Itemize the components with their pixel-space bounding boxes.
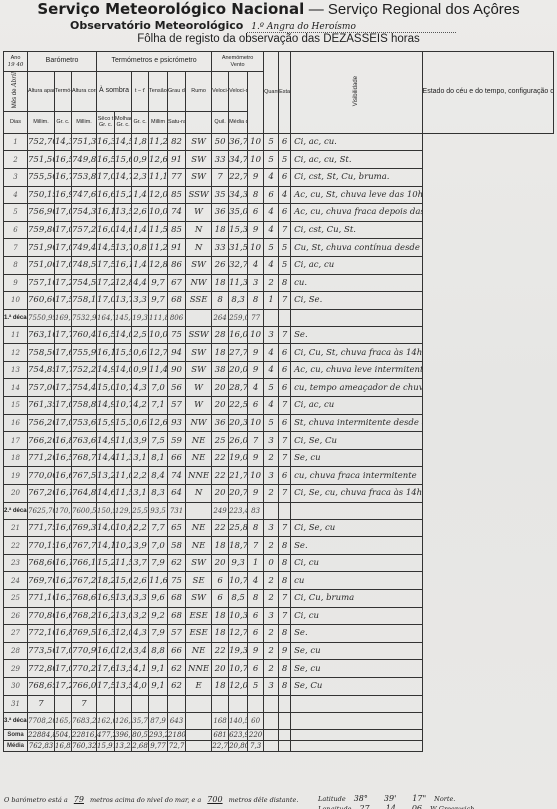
day-row: 3755,5016,7753,8317,014,72,311,177SW722,…	[4, 168, 554, 186]
blank	[291, 730, 422, 741]
unit-millim: Millim.	[72, 111, 97, 133]
cell-t1: 16,5	[97, 326, 115, 344]
cell-ten: 10,0	[149, 204, 168, 222]
cell-rumo: W	[186, 379, 212, 397]
cell-b3: 767,52	[72, 467, 97, 485]
wind-speed-header: Veloci-dade horária	[212, 72, 229, 112]
cell-v1: 6	[212, 590, 229, 608]
cell-b2: 16,7	[55, 168, 72, 186]
cell-vis: 8	[279, 274, 291, 292]
cell-vis: 7	[279, 590, 291, 608]
summary-row: 1.ª década7550,95169,27532,93164,7145,41…	[4, 309, 554, 326]
cell-vis: 5	[279, 256, 291, 274]
sky-description	[291, 695, 422, 713]
cell-d: 2,6	[132, 204, 149, 222]
cell-mar: 4	[264, 397, 279, 415]
cell-t2: 11,3	[115, 449, 132, 467]
cell-t1: 14,5	[97, 239, 115, 257]
sum-t1: 164,7	[97, 309, 115, 326]
cell-b3: 754,45	[72, 379, 97, 397]
blank	[186, 111, 212, 133]
cell-b1: 770,00	[28, 467, 55, 485]
day-row: 19770,0016,6767,5213,211,02,28,474NNE222…	[4, 467, 554, 485]
cell-mar: 4	[264, 256, 279, 274]
sky-description: Ci, Cu, bruma	[291, 590, 422, 608]
sky-description: Ci, cst, St, Cu, bruma.	[291, 168, 422, 186]
cell-b2: 16,1	[55, 554, 72, 572]
cell-rumo: SW	[186, 590, 212, 608]
sum-t2: 145,4	[115, 309, 132, 326]
cell-b2: 17,0	[55, 642, 72, 660]
cell-b2: 17,5	[55, 292, 72, 310]
sky-description: Ac, cu, chuva leve intermitente	[291, 361, 422, 379]
cell-b2: 17,0	[55, 221, 72, 239]
cell-d: 4,1	[132, 660, 149, 678]
cell-t2: 11,5	[115, 554, 132, 572]
cell-t1: 15,0	[97, 379, 115, 397]
cell-t2: 13,5	[115, 204, 132, 222]
day-number: 18	[4, 449, 28, 467]
cell-vis: 8	[279, 554, 291, 572]
cell-vis: 8	[279, 677, 291, 695]
day-row: 21771,7516,0769,3214,010,82,27,765NE2225…	[4, 519, 554, 537]
cell-b1: 768,65	[28, 677, 55, 695]
cloud-amount-header: Quanti-dade de nuvens 0 a 10	[264, 52, 279, 134]
cell-b2: 16,3	[55, 590, 72, 608]
cell-b2: 17,7	[55, 326, 72, 344]
cell-v1: 20	[212, 554, 229, 572]
cell-v2: 11,3	[229, 274, 248, 292]
cell-mar: 0	[264, 554, 279, 572]
cell-b2: 16,0	[55, 537, 72, 555]
cell-rumo: NE	[186, 642, 212, 660]
sum-b3: 7532,93	[72, 309, 97, 326]
cell-rumo: NNE	[186, 660, 212, 678]
cell-b3: 758,10	[72, 292, 97, 310]
cell-n: 8	[248, 186, 264, 204]
summary-label: 3.ª década	[4, 713, 28, 730]
cell-b3: 766,08	[72, 677, 97, 695]
sum-b2: 170,1	[55, 502, 72, 519]
cell-v2: 20,0	[229, 361, 248, 379]
cell-v2: 21,7	[229, 467, 248, 485]
cell-t2: 15,3	[115, 414, 132, 432]
cell-n: 6	[248, 660, 264, 678]
cell-d: 4,3	[132, 379, 149, 397]
cell-t1: 16,3	[97, 133, 115, 151]
cell-rumo: NW	[186, 274, 212, 292]
cell-h: 91	[168, 151, 186, 169]
cell-d: 3,1	[132, 449, 149, 467]
cell-vis: 6	[279, 168, 291, 186]
blank	[291, 309, 422, 326]
cell-n: 9	[248, 221, 264, 239]
cell-b3: 769,57	[72, 625, 97, 643]
cell-mar: 2	[264, 625, 279, 643]
cell-b2: 17,0	[55, 256, 72, 274]
cell-b1: 770,15	[28, 537, 55, 555]
cell-t1: 17,6	[97, 660, 115, 678]
cell-mar: 3	[264, 607, 279, 625]
sky-description: Ac, cu, St, chuva leve das 10h às 14h	[291, 186, 422, 204]
cell-mar: 4	[264, 204, 279, 222]
cell-h	[168, 695, 186, 713]
corrected-height-header: Altura corrigida	[72, 72, 97, 112]
cell-n: 8	[248, 590, 264, 608]
sum-v2: 140,5	[229, 713, 248, 730]
cell-t1: 14,9	[97, 397, 115, 415]
cell-b2: 17,6	[55, 344, 72, 362]
cell-ten: 11,1	[149, 168, 168, 186]
blank	[279, 713, 291, 730]
sum-ten: 293,2	[149, 730, 168, 741]
day-row: 6759,8017,0757,2716,014,61,411,585N1815,…	[4, 221, 554, 239]
sum-v1: 681	[212, 730, 229, 741]
sky-description: Se, cu	[291, 642, 422, 660]
cell-v2: 9,3	[229, 554, 248, 572]
summary-label: 2.ª década	[4, 502, 28, 519]
cell-v1: 22	[212, 642, 229, 660]
cell-ten: 12,6	[149, 151, 168, 169]
cell-d: 0,6	[132, 414, 149, 432]
cell-mar: 5	[264, 239, 279, 257]
cell-n: 8	[248, 292, 264, 310]
summary-row: 3.ª década7708,20165,47683,22162,0126,33…	[4, 713, 554, 730]
cell-b2: 16,6	[55, 607, 72, 625]
cell-v1: 36	[212, 204, 229, 222]
cell-ten: 11,6	[149, 572, 168, 590]
cell-b3: 751,38	[72, 133, 97, 151]
cell-n: 4	[248, 379, 264, 397]
sum-b3: 7600,58	[72, 502, 97, 519]
day-number: 21	[4, 519, 28, 537]
cell-b3: 754,55	[72, 274, 97, 292]
sky-description: cu.	[291, 274, 422, 292]
day-number: 25	[4, 590, 28, 608]
cell-d: 3,3	[132, 292, 149, 310]
cell-v1: 18	[212, 625, 229, 643]
cell-mar: 2	[264, 485, 279, 503]
cell-d: 3,1	[132, 485, 149, 503]
cell-rumo: SW	[186, 361, 212, 379]
cell-t1: 17,5	[97, 256, 115, 274]
sum-t1: 162,0	[97, 713, 115, 730]
cell-t1: 17,5	[97, 677, 115, 695]
cell-t1: 15,9	[97, 414, 115, 432]
cell-rumo: ESE	[186, 607, 212, 625]
cell-h: 64	[168, 485, 186, 503]
cell-t1: 16,9	[97, 590, 115, 608]
cell-ten: 7,5	[149, 432, 168, 450]
cell-b2: 16,1	[55, 485, 72, 503]
day-row: 7751,9017,0749,4014,513,70,811,291N3331,…	[4, 239, 554, 257]
sum-n: 77	[248, 309, 264, 326]
blank	[264, 730, 279, 741]
day-row: 24769,7016,2767,2518,215,62,611,675SE610…	[4, 572, 554, 590]
cell-v1: 18	[212, 677, 229, 695]
visibility-header: Visibilidade	[291, 52, 422, 134]
sea-state-header: Estado do mar	[279, 52, 291, 134]
day-row: 11763,1017,7760,4816,514,02,510,075SSW28…	[4, 326, 554, 344]
observatory-name: 1.º Angra do Heroísmo	[247, 22, 456, 33]
day-number: 1	[4, 133, 28, 151]
year-cell: Ano19 40	[4, 52, 28, 72]
cell-ten: 9,7	[149, 274, 168, 292]
day-number: 3	[4, 168, 28, 186]
cell-ten: 12,8	[149, 256, 168, 274]
cell-b3: 748,50	[72, 256, 97, 274]
cell-ten: 8,1	[149, 449, 168, 467]
cell-d: 1,8	[132, 133, 149, 151]
day-number: 23	[4, 554, 28, 572]
cell-ten	[149, 695, 168, 713]
cell-v2: 34,3	[229, 186, 248, 204]
cell-b3: 768,61	[72, 590, 97, 608]
cell-b1: 7	[28, 695, 55, 713]
day-number: 9	[4, 274, 28, 292]
cell-b2: 16,5	[55, 449, 72, 467]
regional-service-label: — Serviço Regional dos Açôres	[309, 1, 520, 18]
cell-t1: 14,9	[97, 361, 115, 379]
day-number: 20	[4, 485, 28, 503]
cell-b2: 17,0	[55, 397, 72, 415]
cell-v1: 18	[212, 344, 229, 362]
day-row: 18771,2016,5768,7114,411,33,18,166NE2219…	[4, 449, 554, 467]
cell-n: 6	[248, 204, 264, 222]
cell-mar: 6	[264, 186, 279, 204]
cell-n: 10	[248, 151, 264, 169]
observatory-label: Observatório Meteorológico	[70, 19, 243, 32]
sum-t1: 477,2	[97, 730, 115, 741]
cell-b1: 755,50	[28, 168, 55, 186]
cell-d: 3,7	[132, 554, 149, 572]
cell-t1: 14,0	[97, 519, 115, 537]
day-row: 15761,3517,0758,8214,910,74,27,157W2022,…	[4, 397, 554, 415]
sum-v2: 259,0	[229, 309, 248, 326]
cell-mar	[264, 695, 279, 713]
cell-b1: 757,10	[28, 274, 55, 292]
cell-b1: 757,00	[28, 379, 55, 397]
sum-ten: 9,77	[149, 741, 168, 752]
cell-b1: 771,20	[28, 449, 55, 467]
cell-ten: 9,6	[149, 590, 168, 608]
cell-h: 67	[168, 274, 186, 292]
cell-b1: 754,85	[28, 361, 55, 379]
cell-vis: 6	[279, 414, 291, 432]
cell-b1: 760,60	[28, 292, 55, 310]
cell-b1: 772,80	[28, 660, 55, 678]
sum-b1: 22884,85	[28, 730, 55, 741]
sum-v1: 264	[212, 309, 229, 326]
summary-label: 1.ª década	[4, 309, 28, 326]
day-row: 27772,1016,8769,5716,312,04,37,957ESE181…	[4, 625, 554, 643]
cell-b1: 766,20	[28, 432, 55, 450]
wet-header: Molhado t'Gr. c.	[115, 111, 132, 133]
cell-t2: 16,1	[115, 256, 132, 274]
cell-n: 6	[248, 625, 264, 643]
cell-vis: 7	[279, 607, 291, 625]
day-number: 30	[4, 677, 28, 695]
cell-mar: 2	[264, 642, 279, 660]
sum-v1: 168	[212, 713, 229, 730]
cell-d	[132, 695, 149, 713]
blank	[264, 309, 279, 326]
cell-d: 2,5	[132, 326, 149, 344]
sum-v1: 22,7	[212, 741, 229, 752]
sum-b2: 165,4	[55, 713, 72, 730]
cell-h: 75	[168, 326, 186, 344]
day-number: 29	[4, 660, 28, 678]
sheet-title: Fôlha de registo da observação das DEZAS…	[0, 33, 557, 45]
cell-t1: 16,3	[97, 625, 115, 643]
cell-ten: 9,7	[149, 292, 168, 310]
cell-b3: 770,28	[72, 660, 97, 678]
cell-h: 65	[168, 519, 186, 537]
cell-n: 8	[248, 519, 264, 537]
cell-b1: 756,20	[28, 414, 55, 432]
sum-b1: 7708,20	[28, 713, 55, 730]
cell-vis: 4	[279, 186, 291, 204]
cell-vis: 5	[279, 239, 291, 257]
cell-b1: 771,75	[28, 519, 55, 537]
cell-vis: 7	[279, 519, 291, 537]
cell-b1: 751,00	[28, 256, 55, 274]
cell-n: 9	[248, 485, 264, 503]
cell-b2: 16,2	[55, 572, 72, 590]
cell-b3: 767,25	[72, 572, 97, 590]
sky-description: Ci, ac, cu, St.	[291, 151, 422, 169]
cell-rumo	[186, 695, 212, 713]
cell-d: 2,3	[132, 168, 149, 186]
cell-mar: 2	[264, 449, 279, 467]
cell-ten: 7,9	[149, 625, 168, 643]
cell-rumo: N	[186, 239, 212, 257]
sky-description: Ci, cu	[291, 554, 422, 572]
cell-n: 10	[248, 239, 264, 257]
month-cell: Mês de Abril	[4, 72, 28, 112]
cell-mar: 4	[264, 168, 279, 186]
cell-rumo: NE	[186, 537, 212, 555]
cell-vis: 8	[279, 537, 291, 555]
attached-thermometer-header: Termó-metro adjunto	[55, 72, 72, 112]
cell-h: 66	[168, 642, 186, 660]
cell-h: 94	[168, 344, 186, 362]
cell-t2	[115, 695, 132, 713]
cell-t2: 14,6	[115, 221, 132, 239]
sky-description: cu, chuva fraca intermitente	[291, 467, 422, 485]
cell-h: 82	[168, 133, 186, 151]
cell-n: 10	[248, 414, 264, 432]
cell-v2: 20,3	[229, 414, 248, 432]
cell-b3: 767,72	[72, 537, 97, 555]
day-row: 1752,7014,3751,3816,314,51,811,282SW5036…	[4, 133, 554, 151]
service-title: Serviço Meteorológico Nacional — Serviço…	[0, 0, 557, 19]
blank	[186, 741, 212, 752]
cell-vis: 6	[279, 361, 291, 379]
cell-h: 77	[168, 168, 186, 186]
blank	[186, 309, 212, 326]
cell-t1	[97, 695, 115, 713]
cell-v1: 26	[212, 256, 229, 274]
day-number: 22	[4, 537, 28, 555]
cell-t1: 13,2	[97, 467, 115, 485]
cell-b3: 758,82	[72, 397, 97, 415]
cell-ten: 9,1	[149, 660, 168, 678]
unit-mm: Millim	[149, 111, 168, 133]
cell-v2: 10,3	[229, 607, 248, 625]
cell-d: 2,2	[132, 467, 149, 485]
cell-h: 56	[168, 379, 186, 397]
cell-t2: 13,5	[115, 660, 132, 678]
cell-t2: 13,7	[115, 292, 132, 310]
day-row: 14757,0017,3754,4515,010,74,37,056W2028,…	[4, 379, 554, 397]
cell-h: 74	[168, 467, 186, 485]
cell-n: 9	[248, 344, 264, 362]
cell-t1: 14,6	[97, 485, 115, 503]
cell-t2: 13,7	[115, 239, 132, 257]
cell-n: 9	[248, 642, 264, 660]
cell-d: 0,9	[132, 151, 149, 169]
cell-rumo: NE	[186, 519, 212, 537]
cell-n: 5	[248, 677, 264, 695]
sum-b3: 7683,22	[72, 713, 97, 730]
cell-vis	[279, 695, 291, 713]
cell-v1: 25	[212, 432, 229, 450]
cell-vis: 5	[279, 151, 291, 169]
observation-table: Ano19 40 Barómetro Termómetros e psicróm…	[3, 51, 554, 752]
cell-t2: 10,7	[115, 379, 132, 397]
day-number: 27	[4, 625, 28, 643]
dry-header: Sêco tGr. c.	[97, 111, 115, 133]
blank	[186, 730, 212, 741]
cell-b1: 770,80	[28, 607, 55, 625]
day-row: 9757,1017,2754,5517,212,84,49,767NW1811,…	[4, 274, 554, 292]
cell-b3: 753,83	[72, 168, 97, 186]
day-row: 26770,8016,6768,2016,213,03,29,268ESE181…	[4, 607, 554, 625]
cell-b1: 773,50	[28, 642, 55, 660]
sum-v1: 249	[212, 502, 229, 519]
cell-b3: 749,40	[72, 239, 97, 257]
cell-h: 74	[168, 204, 186, 222]
cell-t1: 16,5	[97, 151, 115, 169]
cell-mar: 5	[264, 379, 279, 397]
sky-description: Ci, Se, cu	[291, 519, 422, 537]
cell-v2	[229, 695, 248, 713]
cell-v2: 26,0	[229, 432, 248, 450]
register-sheet: Serviço Meteorológico Nacional — Serviço…	[0, 0, 557, 809]
cell-b3: 752,26	[72, 361, 97, 379]
cell-h: 66	[168, 449, 186, 467]
cell-b2: 17,3	[55, 379, 72, 397]
cell-v1: 22	[212, 519, 229, 537]
cell-ten: 8,4	[149, 467, 168, 485]
cell-b1: 761,35	[28, 397, 55, 415]
cell-t2: 14,0	[115, 361, 132, 379]
cell-v2: 34,7	[229, 151, 248, 169]
cell-b2: 16,8	[55, 432, 72, 450]
sum-d: 2,68	[132, 741, 149, 752]
days-header: Dias	[4, 111, 28, 133]
sum-b1: 7550,95	[28, 309, 55, 326]
day-number: 17	[4, 432, 28, 450]
coordinates: Latitude38°39'17"Norte. Longitude271406W…	[318, 794, 474, 809]
cell-b1: 751,90	[28, 239, 55, 257]
cell-ten: 9,2	[149, 607, 168, 625]
cell-d: 0,6	[132, 344, 149, 362]
cell-h: 75	[168, 572, 186, 590]
day-row: 2751,5016,5749,8616,515,60,912,691SW3334…	[4, 151, 554, 169]
cell-h: 59	[168, 432, 186, 450]
